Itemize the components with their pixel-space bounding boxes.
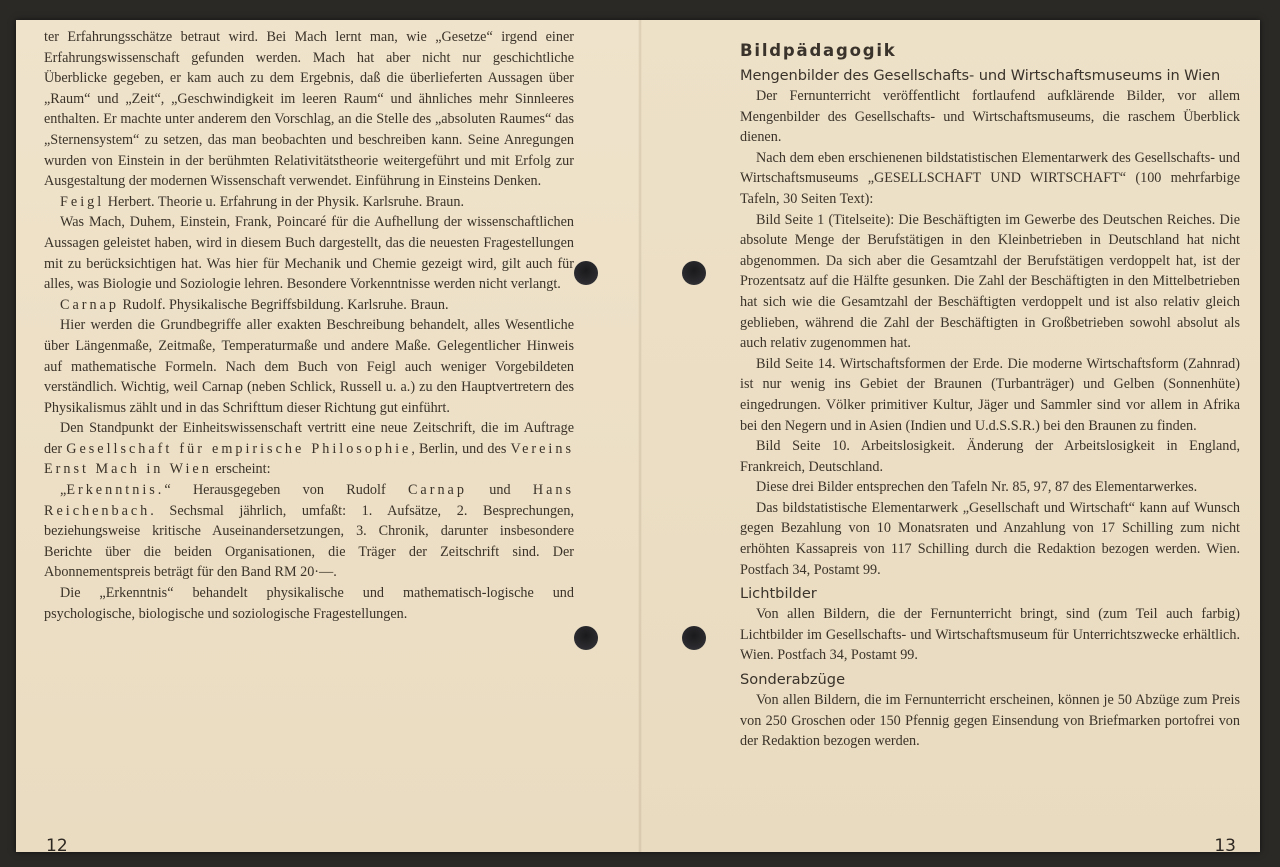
section-title: Bildpädagogik [740,40,1240,62]
bild-seite-10-paragraph: Bild Seite 10. Arbeitslosigkeit. Änderun… [740,436,1240,477]
left-page-text: ter Erfahrungsschätze betraut wird. Bei … [44,27,574,624]
mach-paragraph: ter Erfahrungsschätze betraut wird. Bei … [44,27,574,192]
bild-seite-1-paragraph: Bild Seite 1 (Titelseite): Die Beschäfti… [740,210,1240,354]
erkenntnis-title: Erkenntnis. [66,482,164,498]
sonderabzuege-heading: Sonderabzüge [740,670,1240,690]
right-page-text: Bildpädagogik Mengenbilder des Gesellsch… [740,40,1240,752]
punch-hole-right-top [682,261,706,285]
closing-paragraph: Die „Erkenntnis“ behandelt physikalische… [44,583,574,624]
carnap-citation: Carnap Rudolf. Physikalische Begriffsbil… [44,295,574,316]
page-number-left: 12 [46,836,68,856]
org-gesellschaft: Gesellschaft für empirische Philosophie [66,441,411,457]
intro-paragraph: Der Fernunterricht veröffentlicht fortla… [740,86,1240,148]
bezug-paragraph: Das bildstatistische Elementarwerk „Gese… [740,498,1240,580]
feigl-author: Feigl [60,194,104,210]
tafeln-paragraph: Diese drei Bilder entsprechen den Tafeln… [740,477,1240,498]
left-page: ter Erfahrungsschätze betraut wird. Bei … [16,20,640,852]
page-gutter [638,20,642,852]
erkenntnis-paragraph: „Erkenntnis.“ Herausgegeben von Rudolf C… [44,480,574,583]
booklet-spread: ter Erfahrungsschätze betraut wird. Bei … [16,20,1260,852]
section-subtitle: Mengenbilder des Gesellschafts- und Wirt… [740,66,1240,86]
elementarwerk-paragraph: Nach dem eben erschienenen bildstatistis… [740,148,1240,210]
punch-hole-right-bottom [682,626,706,650]
standpunkt-paragraph: Den Standpunkt der Einheitswissenschaft … [44,418,574,480]
editor-carnap: Carnap [408,482,467,498]
lichtbilder-heading: Lichtbilder [740,584,1240,604]
right-page: Bildpädagogik Mengenbilder des Gesellsch… [640,20,1260,852]
bild-seite-14-paragraph: Bild Seite 14. Wirtschaftsformen der Erd… [740,354,1240,436]
carnap-description: Hier werden die Grundbegriffe aller exak… [44,315,574,418]
feigl-description: Was Mach, Duhem, Einstein, Frank, Poinca… [44,212,574,294]
lichtbilder-paragraph: Von allen Bildern, die der Fernunterrich… [740,604,1240,666]
sonderabzuege-paragraph: Von allen Bildern, die im Fernunterricht… [740,690,1240,752]
feigl-citation: Feigl Herbert. Theorie u. Erfahrung in d… [44,192,574,213]
page-number-right: 13 [1214,836,1236,856]
carnap-author: Carnap [60,297,119,313]
punch-hole-left-top [574,261,598,285]
punch-hole-left-bottom [574,626,598,650]
